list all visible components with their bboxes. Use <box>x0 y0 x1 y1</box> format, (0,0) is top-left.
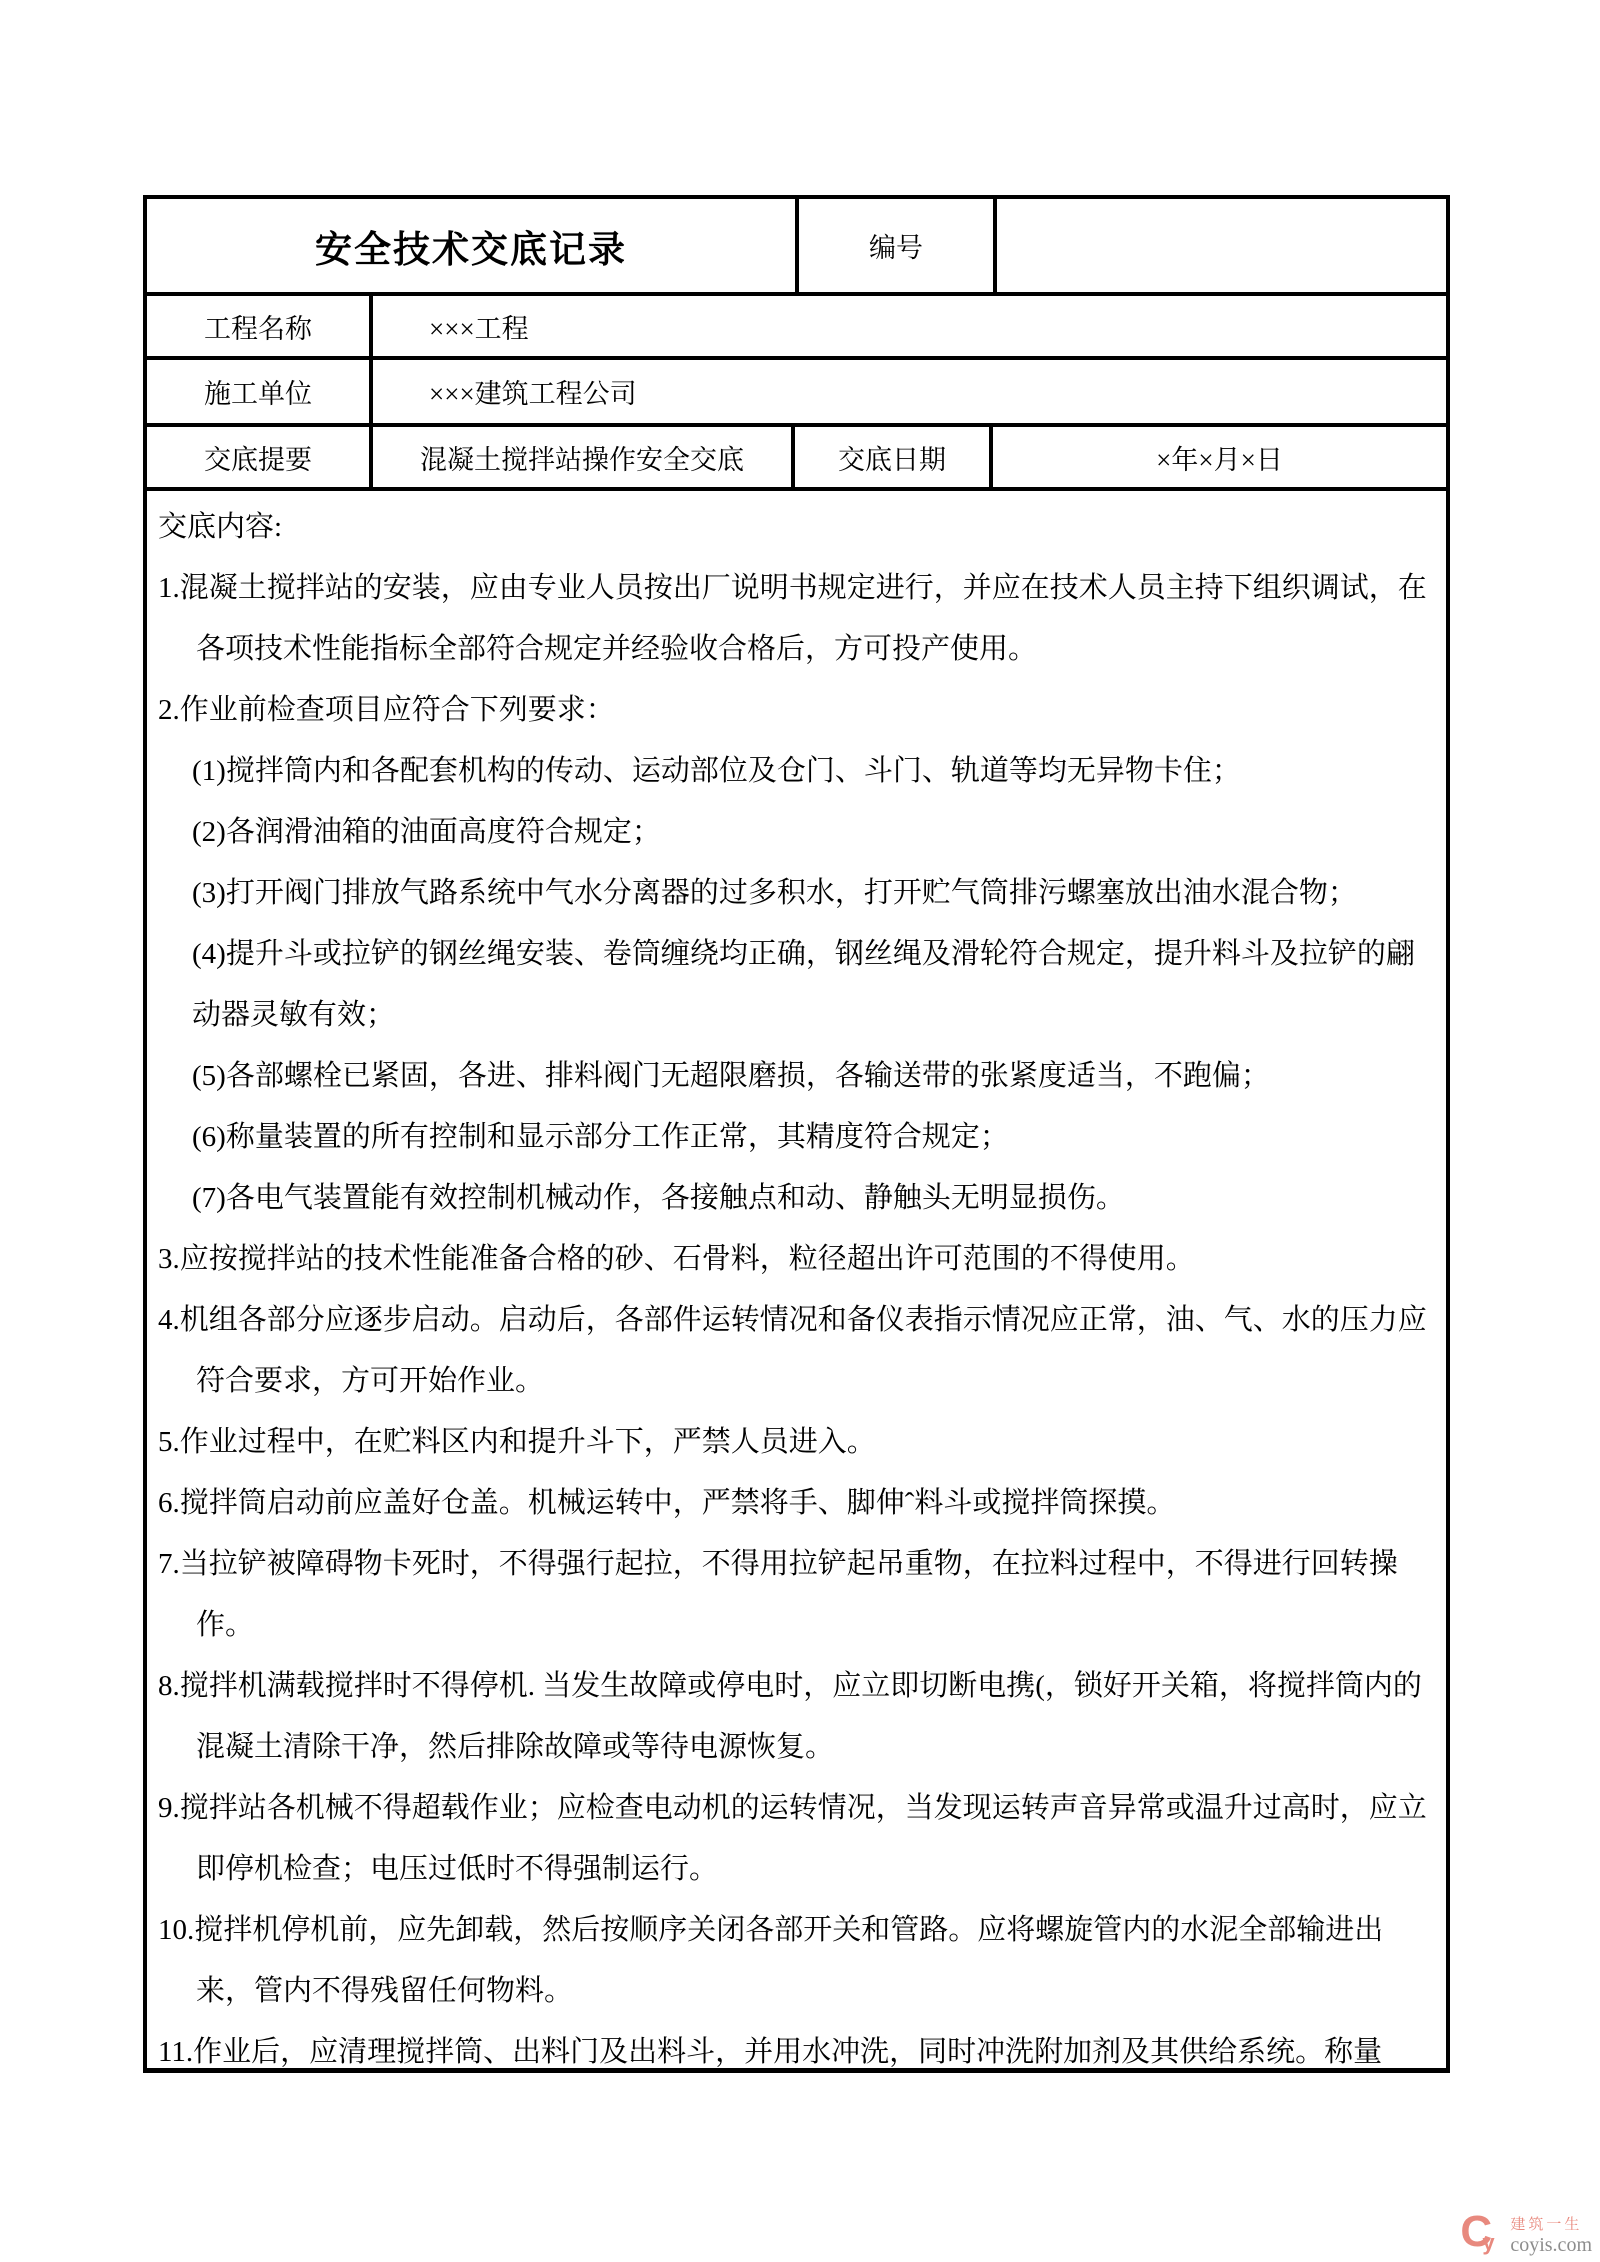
coyis-logo-icon: C y <box>1460 2210 1504 2256</box>
watermark-text: 建筑一生 coyis.com <box>1510 2216 1592 2256</box>
header-row: 安全技术交底记录 编号 <box>147 199 1446 296</box>
content-subitem: (4)提升斗或拉铲的钢丝绳安装、卷筒缠绕均正确，钢丝绳及滑轮符合规定，提升料斗及… <box>192 924 1434 1046</box>
watermark-brand: 建筑一生 <box>1510 2216 1582 2234</box>
construction-unit-row: 施工单位 ×××建筑工程公司 <box>147 360 1446 427</box>
content-subitem: (2)各润滑油箱的油面高度符合规定； <box>192 802 1434 863</box>
content-heading: 交底内容: <box>158 497 1434 558</box>
watermark: C y 建筑一生 coyis.com <box>1460 2210 1592 2256</box>
content-item: 4.机组各部分应逐步启动。启动后，各部件运转情况和备仪表指示情况应正常，油、气、… <box>158 1290 1434 1412</box>
disclosure-date-label: 交底日期 <box>795 427 993 487</box>
project-name-row: 工程名称 ×××工程 <box>147 296 1446 360</box>
content-subitem: (7)各电气装置能有效控制机械动作，各接触点和动、静触头无明显损伤。 <box>192 1168 1434 1229</box>
content-subitem: (3)打开阀门排放气路系统中气水分离器的过多积水，打开贮气筒排污螺塞放出油水混合… <box>192 863 1434 924</box>
content-item: 8.搅拌机满载搅拌时不得停机. 当发生故障或停电时，应立即切断电携(，锁好开关箱… <box>158 1656 1434 1778</box>
construction-unit-value: ×××建筑工程公司 <box>373 360 1446 423</box>
content-item: 3.应按搅拌站的技术性能准备合格的砂、石骨料，粒径超出许可范围的不得使用。 <box>158 1229 1434 1290</box>
summary-label: 交底提要 <box>147 427 373 487</box>
content-cell: 交底内容: 1.混凝土搅拌站的安装，应由专业人员按出厂说明书规定进行，并应在技术… <box>147 491 1446 2068</box>
number-value <box>997 199 1446 292</box>
content-subitem: (6)称量装置的所有控制和显示部分工作正常，其精度符合规定； <box>192 1107 1434 1168</box>
content-item: 9.搅拌站各机械不得超载作业；应检查电动机的运转情况，当发现运转声音异常或温升过… <box>158 1778 1434 1900</box>
content-item: 7.当拉铲被障碍物卡死时，不得强行起拉，不得用拉铲起吊重物，在拉料过程中，不得进… <box>158 1534 1434 1656</box>
content-subitem: (1)搅拌筒内和各配套机构的传动、运动部位及仓门、斗门、轨道等均无异物卡住； <box>192 741 1434 802</box>
title-cell: 安全技术交底记录 <box>147 199 799 292</box>
content-item: 1.混凝土搅拌站的安装，应由专业人员按出厂说明书规定进行，并应在技术人员主持下组… <box>158 558 1434 680</box>
content-item: 11.作业后，应清理搅拌筒、出料门及出料斗，并用水冲洗，同时冲洗附加剂及其供给系… <box>158 2022 1434 2068</box>
number-label: 编号 <box>799 199 997 292</box>
content-subitem: (5)各部螺栓已紧固，各进、排料阀门无超限磨损，各输送带的张紧度适当，不跑偏； <box>192 1046 1434 1107</box>
logo-letter-y: y <box>1482 2232 1494 2254</box>
content-items: 1.混凝土搅拌站的安装，应由专业人员按出厂说明书规定进行，并应在技术人员主持下组… <box>158 558 1434 2068</box>
content-item: 6.搅拌筒启动前应盖好仓盖。机械运转中，严禁将手、脚伸ˆ料斗或搅拌筒探摸。 <box>158 1473 1434 1534</box>
summary-value: 混凝土搅拌站操作安全交底 <box>373 427 795 487</box>
safety-disclosure-form: 安全技术交底记录 编号 工程名称 ×××工程 施工单位 ×××建筑工程公司 交底… <box>143 195 1450 2073</box>
content-row: 交底内容: 1.混凝土搅拌站的安装，应由专业人员按出厂说明书规定进行，并应在技术… <box>147 491 1446 2068</box>
content-item: 5.作业过程中，在贮料区内和提升斗下，严禁人员进入。 <box>158 1412 1434 1473</box>
construction-unit-label: 施工单位 <box>147 360 373 423</box>
content-item: 2.作业前检查项目应符合下列要求： <box>158 680 1434 741</box>
document-page: 安全技术交底记录 编号 工程名称 ×××工程 施工单位 ×××建筑工程公司 交底… <box>0 0 1600 2262</box>
project-name-label: 工程名称 <box>147 296 373 356</box>
disclosure-date-value: ×年×月×日 <box>993 427 1446 487</box>
summary-row: 交底提要 混凝土搅拌站操作安全交底 交底日期 ×年×月×日 <box>147 427 1446 491</box>
form-title: 安全技术交底记录 <box>315 219 627 273</box>
content-item: 10.搅拌机停机前，应先卸载，然后按顺序关闭各部开关和管路。应将螺旋管内的水泥全… <box>158 1900 1434 2022</box>
project-name-value: ×××工程 <box>373 296 1446 356</box>
watermark-site: coyis.com <box>1510 2234 1592 2256</box>
